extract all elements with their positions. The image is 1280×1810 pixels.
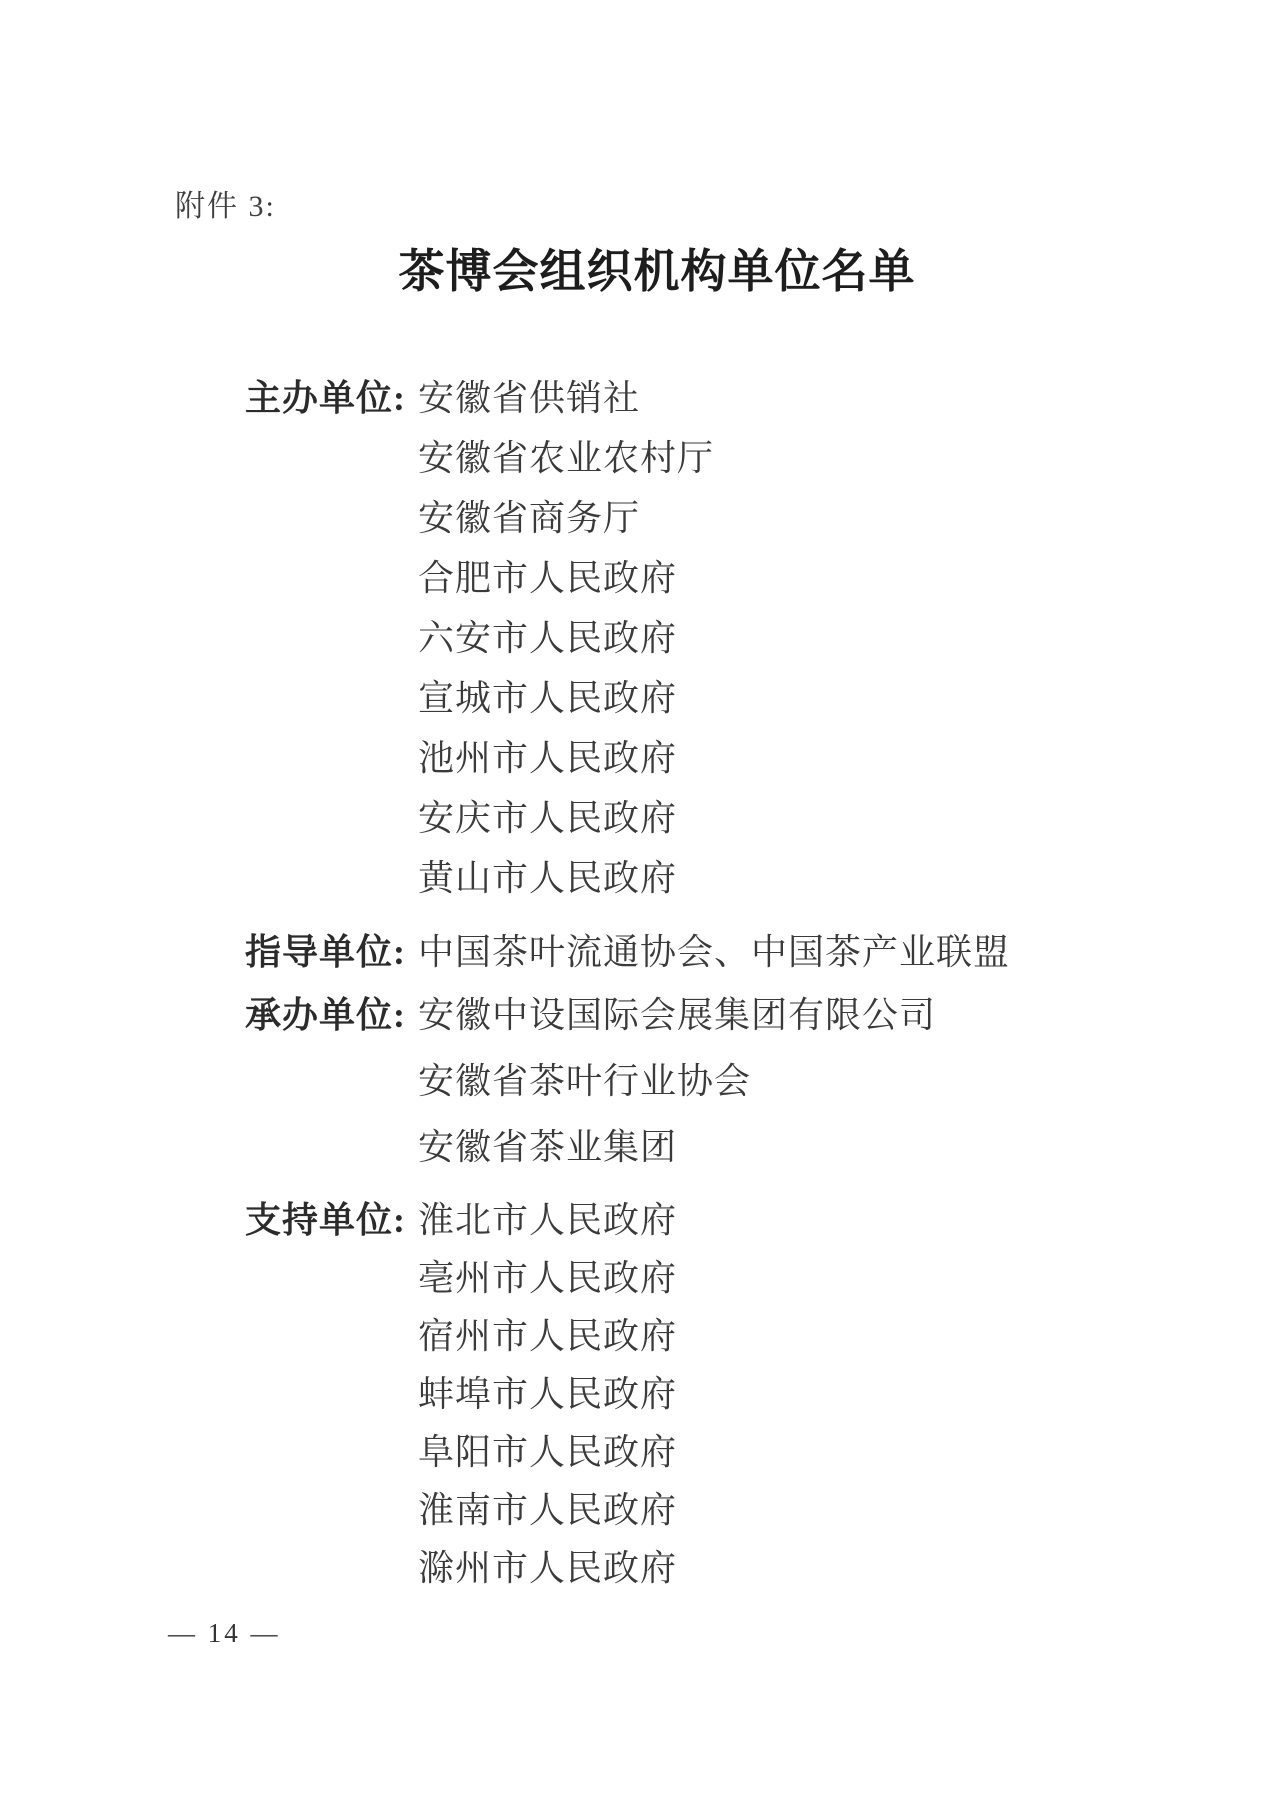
section-undertake-items: 安徽中设国际会展集团有限公司 安徽省茶叶行业协会 安徽省茶业集团: [418, 982, 936, 1180]
org-item: 中国茶叶流通协会、中国茶产业联盟: [418, 922, 1010, 982]
org-item: 池州市人民政府: [418, 728, 714, 788]
org-item: 淮南市人民政府: [418, 1481, 677, 1539]
section-guide-items: 中国茶叶流通协会、中国茶产业联盟: [418, 922, 1010, 982]
org-item: 宣城市人民政府: [418, 668, 714, 728]
section-support-units: 支持单位: 淮北市人民政府 亳州市人民政府 宿州市人民政府 蚌埠市人民政府 阜阳…: [245, 1191, 677, 1597]
attachment-label: 附件 3:: [175, 190, 276, 224]
org-item: 黄山市人民政府: [418, 848, 714, 908]
page-number: — 14 —: [168, 1618, 281, 1648]
org-item: 安徽省商务厅: [418, 488, 714, 548]
org-item: 合肥市人民政府: [418, 548, 714, 608]
org-item: 蚌埠市人民政府: [418, 1365, 677, 1423]
org-item: 亳州市人民政府: [418, 1249, 677, 1307]
org-item: 安徽省供销社: [418, 368, 714, 428]
org-item: 淮北市人民政府: [418, 1191, 677, 1249]
page-title: 茶博会组织机构单位名单: [34, 246, 1280, 298]
section-support-label: 支持单位:: [245, 1191, 418, 1249]
section-host-units: 主办单位: 安徽省供销社 安徽省农业农村厅 安徽省商务厅 合肥市人民政府 六安市…: [245, 368, 714, 908]
section-support-items: 淮北市人民政府 亳州市人民政府 宿州市人民政府 蚌埠市人民政府 阜阳市人民政府 …: [418, 1191, 677, 1597]
org-item: 滁州市人民政府: [418, 1539, 677, 1597]
org-item: 六安市人民政府: [418, 608, 714, 668]
org-item: 阜阳市人民政府: [418, 1423, 677, 1481]
section-host-items: 安徽省供销社 安徽省农业农村厅 安徽省商务厅 合肥市人民政府 六安市人民政府 宣…: [418, 368, 714, 908]
section-undertake-label: 承办单位:: [245, 982, 418, 1048]
section-undertake-units: 承办单位: 安徽中设国际会展集团有限公司 安徽省茶叶行业协会 安徽省茶业集团: [245, 982, 936, 1180]
org-item: 安徽中设国际会展集团有限公司: [418, 982, 936, 1048]
org-item: 安徽省茶业集团: [418, 1114, 936, 1180]
section-guide-label: 指导单位:: [245, 922, 418, 982]
section-host-label: 主办单位:: [245, 368, 418, 428]
section-guide-units: 指导单位: 中国茶叶流通协会、中国茶产业联盟: [245, 922, 1010, 982]
document-page: 附件 3: 茶博会组织机构单位名单 主办单位: 安徽省供销社 安徽省农业农村厅 …: [0, 0, 1280, 1810]
org-item: 安徽省农业农村厅: [418, 428, 714, 488]
org-item: 安徽省茶叶行业协会: [418, 1048, 936, 1114]
org-item: 安庆市人民政府: [418, 788, 714, 848]
org-item: 宿州市人民政府: [418, 1307, 677, 1365]
